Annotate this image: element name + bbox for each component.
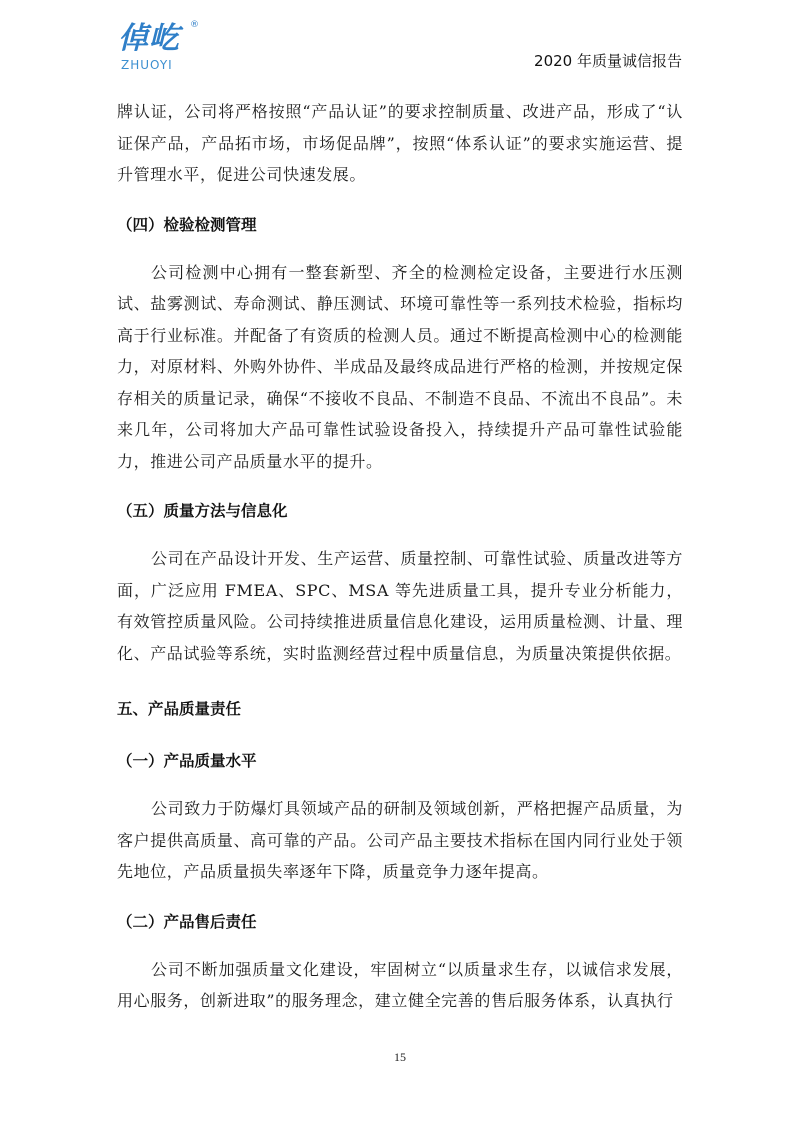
heading-product-quality-responsibility: 五、产品质量责任 bbox=[117, 697, 683, 721]
heading-inspection-management: （四）检验检测管理 bbox=[117, 213, 683, 237]
heading-quality-methods: （五）质量方法与信息化 bbox=[117, 499, 683, 523]
page-header: 倬屹 ® ZHUOYI 2020 年质量诚信报告 bbox=[0, 0, 800, 80]
report-title: 2020 年质量诚信报告 bbox=[534, 50, 682, 71]
heading-after-sales: （二）产品售后责任 bbox=[117, 910, 683, 934]
heading-product-quality-level: （一）产品质量水平 bbox=[117, 749, 683, 773]
logo-text: ZHUOYI bbox=[121, 58, 173, 72]
paragraph-quality-level: 公司致力于防爆灯具领域产品的研制及领域创新，严格把握产品质量，为客户提供高质量、… bbox=[117, 793, 683, 888]
page-number: 15 bbox=[0, 1050, 800, 1065]
registered-trademark-icon: ® bbox=[190, 20, 199, 30]
paragraph-quality-methods: 公司在产品设计开发、生产运营、质量控制、可靠性试验、质量改进等方面，广泛应用 F… bbox=[117, 543, 683, 669]
logo-mark: 倬屹 bbox=[118, 22, 180, 56]
company-logo: 倬屹 ® ZHUOYI bbox=[118, 22, 198, 78]
document-body: 牌认证，公司将严格按照“产品认证”的要求控制质量、改进产品，形成了“认证保产品，… bbox=[117, 96, 683, 1017]
paragraph-inspection: 公司检测中心拥有一整套新型、齐全的检测检定设备，主要进行水压测试、盐雾测试、寿命… bbox=[117, 257, 683, 478]
paragraph-after-sales: 公司不断加强质量文化建设，牢固树立“以质量求生存，以诚信求发展，用心服务，创新进… bbox=[117, 954, 683, 1017]
paragraph-certification: 牌认证，公司将严格按照“产品认证”的要求控制质量、改进产品，形成了“认证保产品，… bbox=[117, 96, 683, 191]
